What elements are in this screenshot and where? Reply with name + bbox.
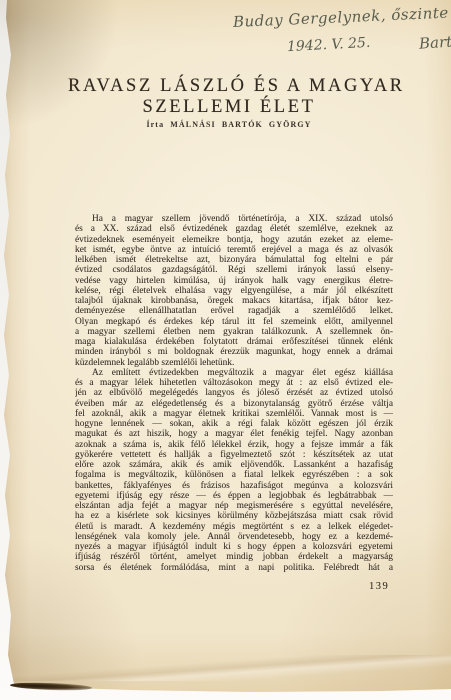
text-line: fel azoknál, akik a magyar életnek kriti… — [75, 409, 393, 419]
text-line: sorsa és életének formálódása, mint a na… — [75, 563, 393, 573]
article-title-line1: RAVASZ LÁSZLÓ ÉS A MAGYAR — [68, 76, 390, 96]
text-line: elszántan adja fejét a magyar nép megism… — [75, 501, 393, 511]
text-line: lenségének vala komoly jele. Annál örven… — [75, 532, 393, 542]
page-number: 139 — [369, 581, 389, 592]
text-line: és a magyar lélek hihetetlen változásoko… — [75, 378, 393, 388]
text-line: magukat és azt hiszik, hogy a magyar éle… — [75, 429, 393, 439]
text-line: életű is maradt. A kezdemény mégis megtö… — [75, 522, 393, 532]
book-page: Buday Gergelynek, őszinte érzése és ém 1… — [0, 0, 451, 692]
scanned-page-background: Buday Gergelynek, őszinte érzése és ém 1… — [0, 0, 451, 700]
text-line: jén az elbűvölő megelégedés langyos és j… — [75, 388, 393, 398]
text-line: deményezése ellenállhatatlan erővel raga… — [75, 306, 393, 316]
article-title-line2: SZELLEMI ÉLET — [68, 97, 390, 117]
text-line: évtizedeknek eseményeit elemeikre bontja… — [75, 235, 393, 245]
text-line: nyezés a magyar ifjúságtól indult ki s h… — [75, 542, 393, 552]
text-line: ifjúság részéről történt, amelyet mindig… — [75, 552, 393, 562]
dedication-date: 1942. V. 25. — [287, 35, 371, 55]
text-line: vedése vagy hirtelen kimúlása, új irányo… — [75, 276, 393, 286]
text-line: évtized csodálatos gazdagságától. Régi s… — [75, 265, 393, 275]
article-body: Ha a magyar szellem jövendő történetírój… — [75, 214, 393, 573]
text-line: hogyne lennének — sokan, akik a régi fal… — [75, 419, 393, 429]
article-byline: Írta MÁLNÁSI BARTÓK GYÖRGY — [68, 120, 390, 129]
text-line: gyökerére vettetett és hallják a figyelm… — [75, 450, 393, 460]
text-line: maga kialakulása érdekében folytatott dr… — [75, 337, 393, 347]
dedication-signature: Bartók — [418, 31, 451, 53]
text-line: ket ismét, egybe öntve az intuíció terem… — [75, 245, 393, 255]
text-line: egyetemi ifjúság egy része — és éppen a … — [75, 491, 393, 501]
text-line: bankettes, fáklyafényes és frázisos haza… — [75, 481, 393, 491]
text-line: fogalma is megváltozik, különösen a fiat… — [75, 470, 393, 480]
text-line: minden irányból s mi boldognak érezzük m… — [75, 347, 393, 357]
text-line: és a XX. század első évtizedének gazdag … — [75, 224, 393, 234]
text-line: küzdelemnek legalább szemlélői lehetünk. — [75, 358, 393, 368]
text-line: a magyar szellemi életben nem gyakran ta… — [75, 327, 393, 337]
text-line: talajból újaknak kirobbanása, öregek mak… — [75, 296, 393, 306]
text-line: éveiben már az elégedetlenség és a bizon… — [75, 399, 393, 409]
text-line: lelkében ismét életrekeltse azt, bizonyá… — [75, 255, 393, 265]
handwritten-dedication: Buday Gergelynek, őszinte érzése és ém — [233, 0, 451, 31]
paper-crease — [0, 655, 451, 681]
text-line: Olyan megkapó és érdekes kép tárul itt f… — [75, 317, 393, 327]
text-line: Az említett évtizedekben megváltozik a m… — [75, 368, 393, 378]
text-line: kelése, régi életelvek elhalása vagy elg… — [75, 286, 393, 296]
text-line: előre azok számára, akik és amik eljöven… — [75, 460, 393, 470]
text-line: ha ez a kisérlete sok kicsinyes körülmén… — [75, 511, 393, 521]
text-line: Ha a magyar szellem jövendő történetírój… — [75, 214, 393, 224]
text-line: azoknak a száma is, akik félő lélekkel é… — [75, 440, 393, 450]
